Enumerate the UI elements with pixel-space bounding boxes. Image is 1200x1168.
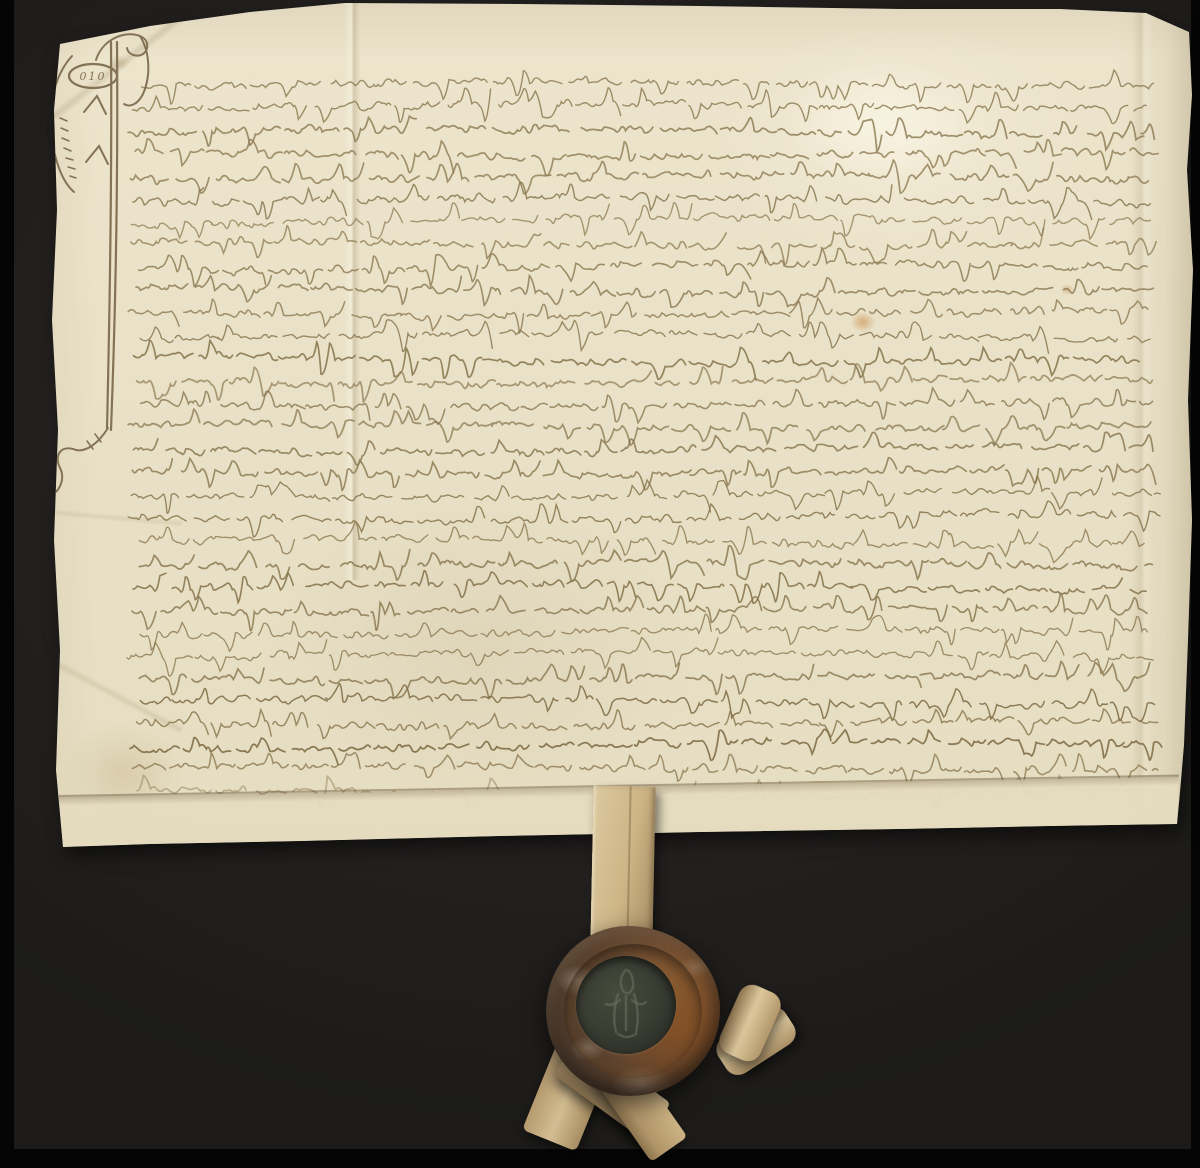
wax-seal-impression (576, 956, 676, 1054)
seal-figure (576, 956, 676, 1054)
archive-photograph: 010 382 (0, 0, 1200, 1168)
seal-tag (590, 785, 655, 946)
archival-number-label: 382 (27, 25, 70, 45)
initial-medallion-text: 010 (80, 70, 107, 83)
